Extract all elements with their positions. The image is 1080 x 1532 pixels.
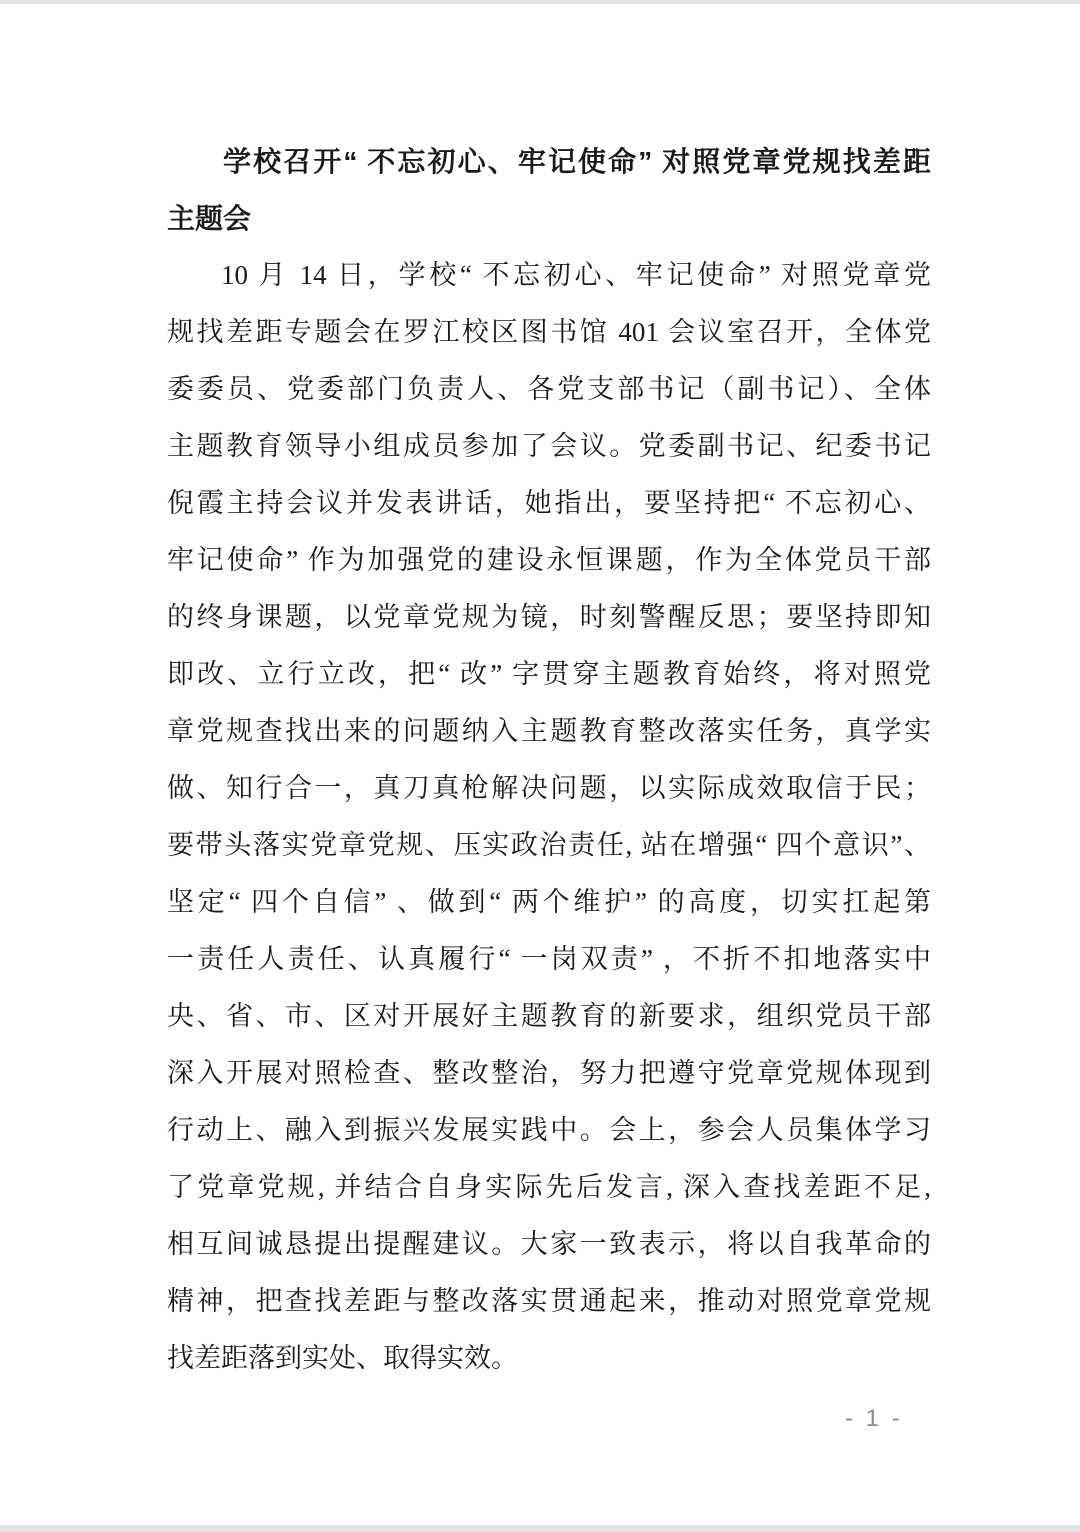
body-line: 行动上、融入到振兴发展实践中。会上，参会人员集体学习 xyxy=(167,1102,931,1159)
document-title-line-2: 主题会 xyxy=(167,190,931,247)
body-line: 精神，把查找差距与整改落实贯通起来，推动对照党章党规 xyxy=(167,1273,931,1330)
body-line: 相互间诚恳提出提醒建议。大家一致表示，将以自我革命的 xyxy=(167,1216,931,1273)
page-number: - 1 - xyxy=(845,1405,903,1433)
viewer-frame-bottom-strip xyxy=(0,1525,1080,1532)
body-line: 主题教育领导小组成员参加了会议。党委副书记、纪委书记 xyxy=(167,418,931,475)
body-line: 规找差距专题会在罗江校区图书馆 401 会议室召开，全体党 xyxy=(167,304,931,361)
body-line: 要带头落实党章党规、压实政治责任, 站在增强“ 四个意识”、 xyxy=(167,817,931,874)
body-line: 央、省、市、区对开展好主题教育的新要求，组织党员干部 xyxy=(167,988,931,1045)
body-line: 一责任人责任、认真履行“ 一岗双责” ，不折不扣地落实中 xyxy=(167,931,931,988)
document-page: 学校召开“ 不忘初心、牢记使命” 对照党章党规找差距 主题会 10 月 14 日… xyxy=(167,133,931,1387)
body-line: 了党章党规, 并结合自身实际先后发言, 深入查找差距不足, xyxy=(167,1159,931,1216)
body-line: 做、知行合一，真刀真枪解决问题，以实际成效取信于民； xyxy=(167,760,931,817)
body-line: 10 月 14 日，学校“ 不忘初心、牢记使命” 对照党章党 xyxy=(167,247,931,304)
body-line: 委委员、党委部门负责人、各党支部书记（副书记）、全体 xyxy=(167,361,931,418)
body-line: 章党规查找出来的问题纳入主题教育整改落实任务，真学实 xyxy=(167,703,931,760)
body-line: 的终身课题，以党章党规为镜，时刻警醒反思；要坚持即知 xyxy=(167,589,931,646)
viewer-frame-top-strip xyxy=(0,0,1080,4)
body-line: 找差距落到实处、取得实效。 xyxy=(167,1330,931,1387)
document-title-line-1: 学校召开“ 不忘初心、牢记使命” 对照党章党规找差距 xyxy=(167,133,931,190)
body-line: 牢记使命” 作为加强党的建设永恒课题，作为全体党员干部 xyxy=(167,532,931,589)
body-line: 坚定“ 四个自信” 、做到“ 两个维护” 的高度，切实扛起第 xyxy=(167,874,931,931)
body-line: 倪霞主持会议并发表讲话，她指出，要坚持把“ 不忘初心、 xyxy=(167,475,931,532)
document-viewer: { "document": { "title_lines": [ "学校召开“ … xyxy=(0,0,1080,1532)
body-line: 深入开展对照检查、整改整治，努力把遵守党章党规体现到 xyxy=(167,1045,931,1102)
body-line: 即改、立行立改，把“ 改” 字贯穿主题教育始终，将对照党 xyxy=(167,646,931,703)
